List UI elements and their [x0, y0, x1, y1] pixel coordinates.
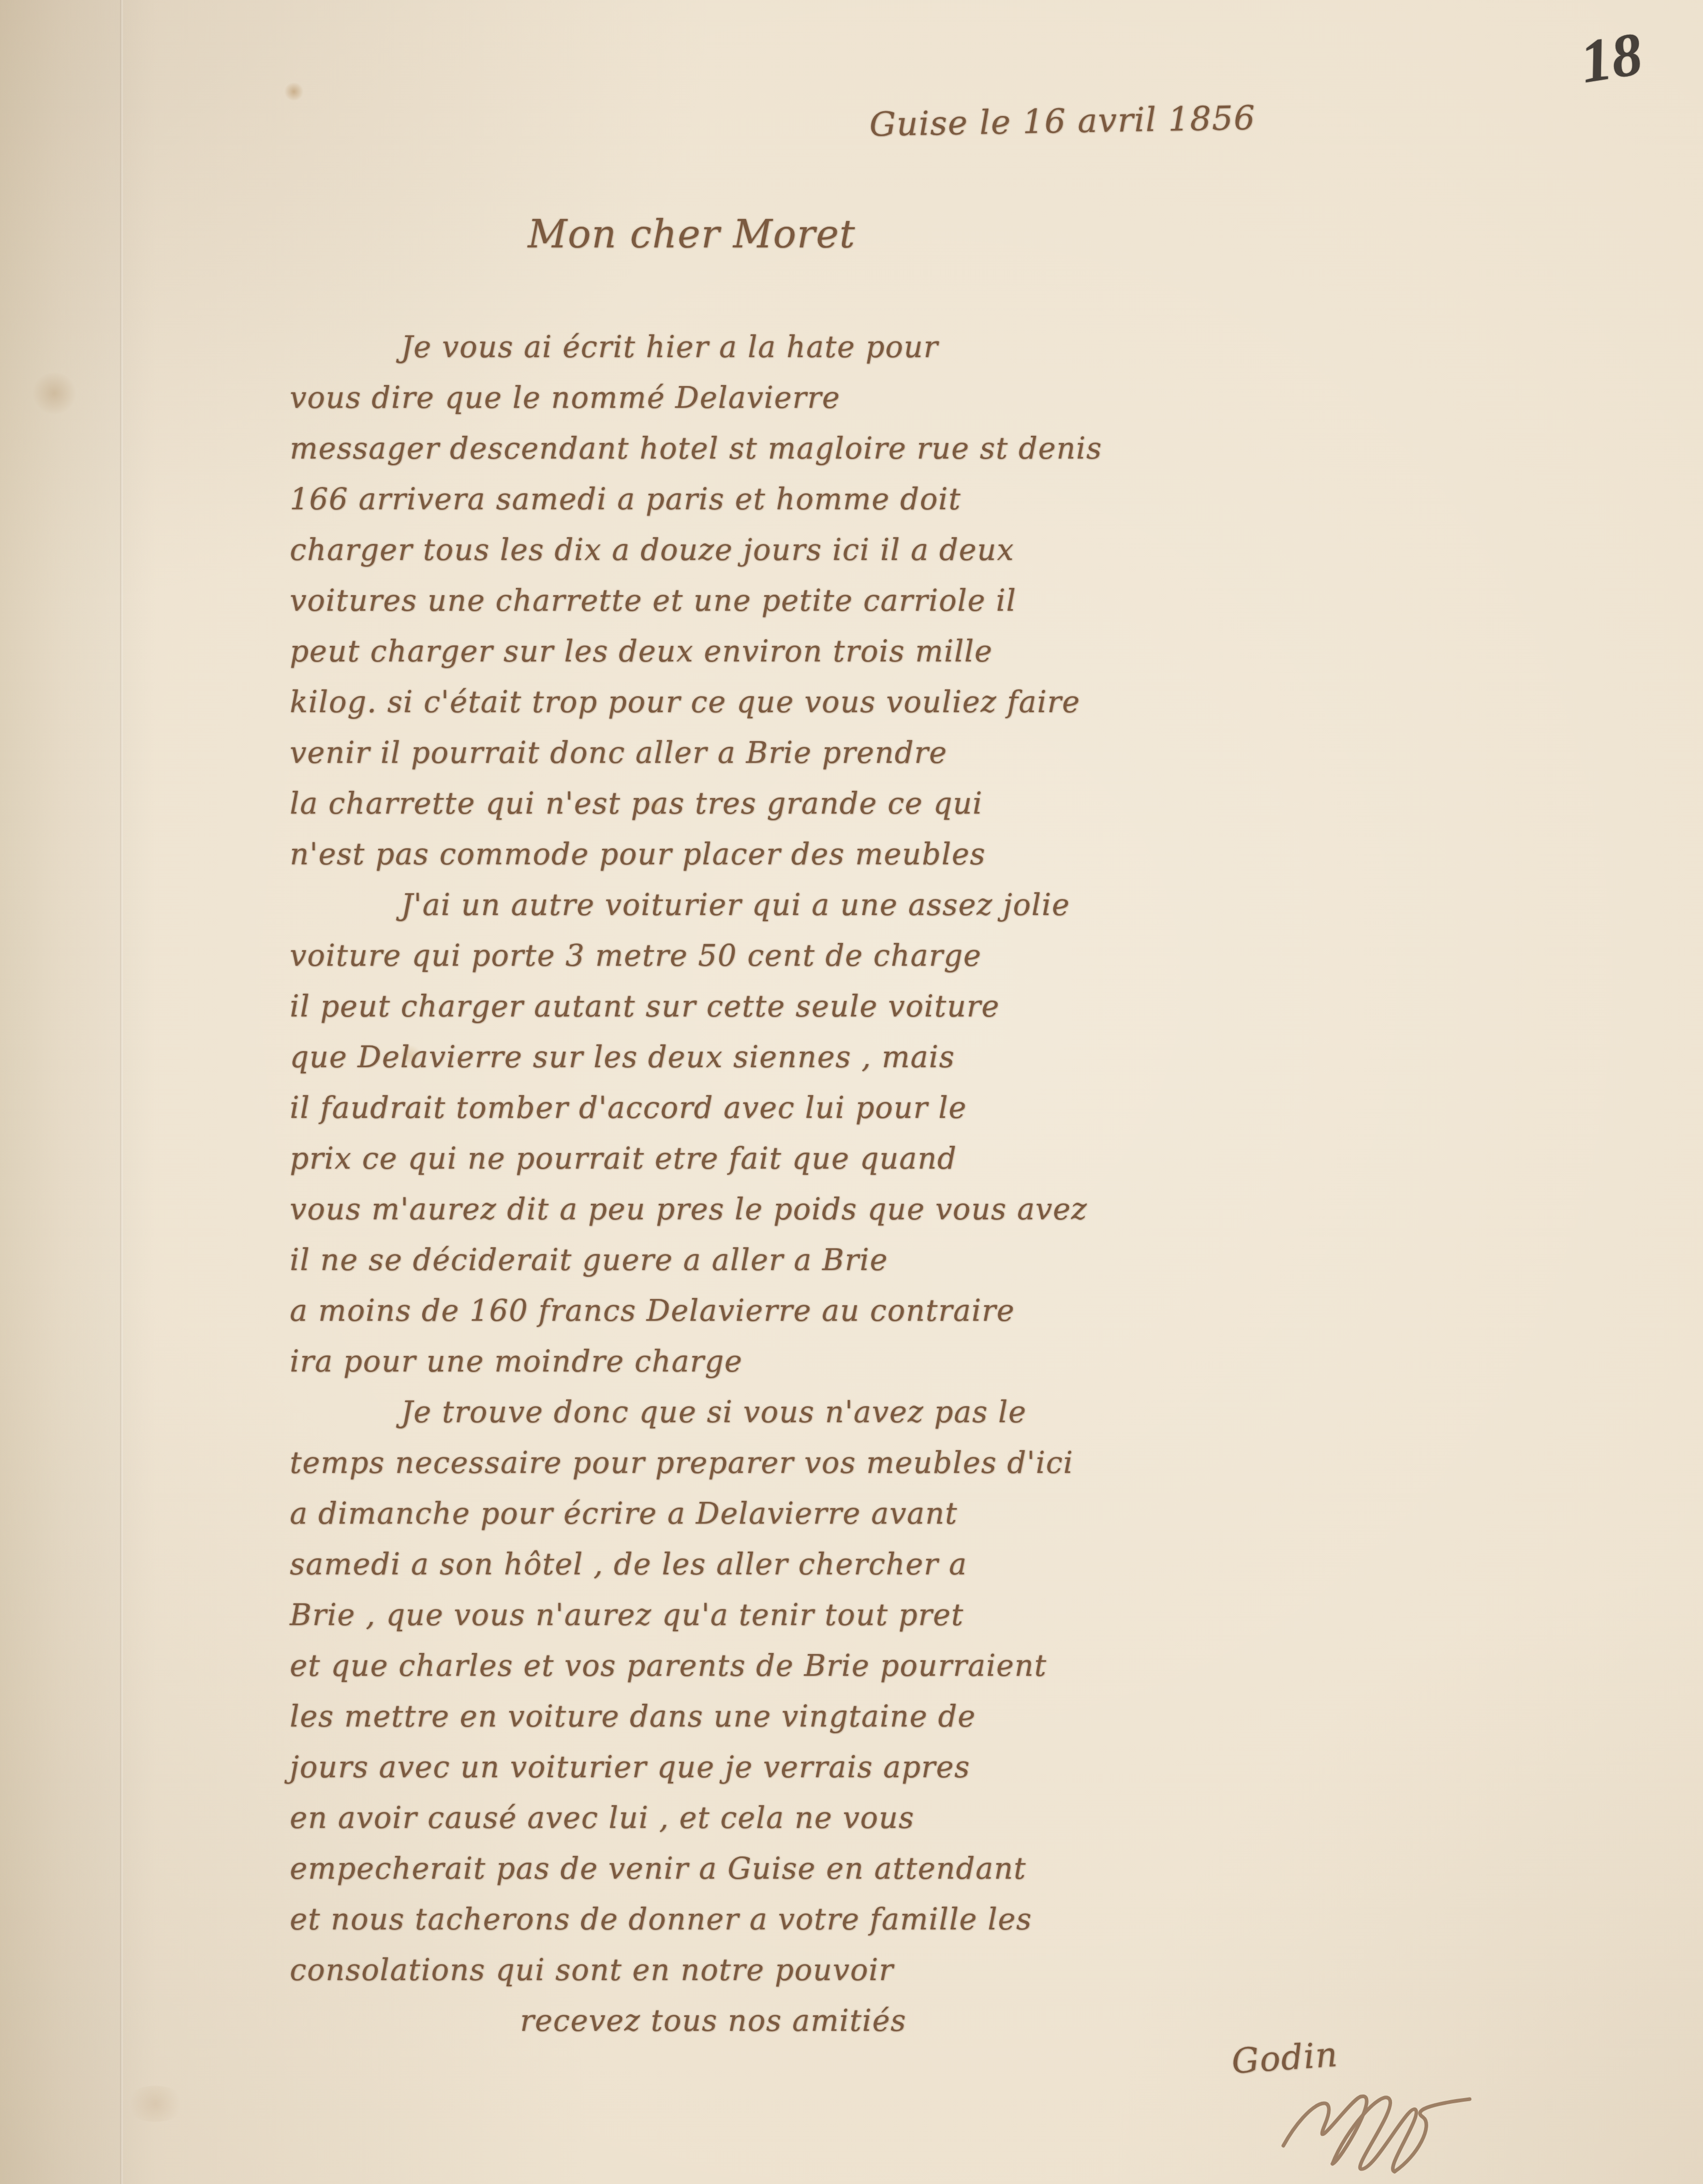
- letter-line: temps necessaire pour preparer vos meubl…: [290, 1438, 1102, 1488]
- letter-line: samedi a son hôtel , de les aller cherch…: [290, 1539, 1102, 1590]
- letter-line: prix ce qui ne pourrait etre fait que qu…: [290, 1133, 1102, 1184]
- paper-stain: [31, 373, 78, 414]
- letter-line: a moins de 160 francs Delavierre au cont…: [290, 1286, 1102, 1336]
- letter-line: 166 arrivera samedi a paris et homme doi…: [290, 474, 1102, 525]
- letter-line: la charrette qui n'est pas tres grande c…: [290, 778, 1102, 829]
- letter-line: kilog. si c'était trop pour ce que vous …: [290, 677, 1102, 728]
- paper-crease: [120, 0, 123, 2184]
- letter-line: consolations qui sont en notre pouvoir: [290, 1945, 1102, 1996]
- signature-paraph-flourish: [1263, 2068, 1480, 2182]
- letter-line: empecherait pas de venir a Guise en atte…: [290, 1843, 1102, 1894]
- letter-line: voitures une charrette et une petite car…: [290, 575, 1102, 626]
- dateline: Guise le 16 avril 1856: [869, 99, 1256, 144]
- letter-body: Je vous ai écrit hier a la hate pourvous…: [290, 322, 1102, 2046]
- letter-line: vous m'aurez dit a peu pres le poids que…: [290, 1184, 1102, 1235]
- letter-line: il ne se déciderait guere a aller a Brie: [290, 1235, 1102, 1286]
- letter-line: J'ai un autre voiturier qui a une assez …: [401, 880, 1102, 931]
- letter-line: et nous tacherons de donner a votre fami…: [290, 1894, 1102, 1945]
- letter-line: en avoir causé avec lui , et cela ne vou…: [290, 1793, 1102, 1843]
- signature-block: Godin: [1232, 2038, 1338, 2078]
- letter-scan: 18 Guise le 16 avril 1856 Mon cher Moret…: [0, 0, 1703, 2184]
- letter-line: les mettre en voiture dans une vingtaine…: [290, 1691, 1102, 1742]
- letter-line: a dimanche pour écrire a Delavierre avan…: [290, 1488, 1102, 1539]
- letter-line: ira pour une moindre charge: [290, 1336, 1102, 1387]
- letter-line: venir il pourrait donc aller a Brie pren…: [290, 728, 1102, 778]
- closing-line: recevez tous nos amitiés: [520, 1996, 1102, 2046]
- letter-line: charger tous les dix a douze jours ici i…: [290, 525, 1102, 575]
- salutation: Mon cher Moret: [528, 212, 856, 257]
- letter-line: et que charles et vos parents de Brie po…: [290, 1641, 1102, 1691]
- letter-line: Je trouve donc que si vous n'avez pas le: [401, 1387, 1102, 1438]
- letter-line: que Delavierre sur les deux siennes , ma…: [290, 1032, 1102, 1083]
- letter-line: il peut charger autant sur cette seule v…: [290, 981, 1102, 1032]
- letter-line: voiture qui porte 3 metre 50 cent de cha…: [290, 931, 1102, 981]
- letter-line: peut charger sur les deux environ trois …: [290, 626, 1102, 677]
- letter-line: Brie , que vous n'aurez qu'a tenir tout …: [290, 1590, 1102, 1641]
- letter-line: jours avec un voiturier que je verrais a…: [290, 1742, 1102, 1793]
- letter-line: vous dire que le nommé Delavierre: [290, 373, 1102, 423]
- letter-line: n'est pas commode pour placer des meuble…: [290, 829, 1102, 880]
- page-number-stamp: 18: [1576, 19, 1647, 98]
- letter-line: Je vous ai écrit hier a la hate pour: [401, 322, 1102, 373]
- letter-line: il faudrait tomber d'accord avec lui pou…: [290, 1083, 1102, 1133]
- paper-stain: [284, 83, 304, 100]
- paper-stain: [124, 2086, 186, 2122]
- letter-line: messager descendant hotel st magloire ru…: [290, 423, 1102, 474]
